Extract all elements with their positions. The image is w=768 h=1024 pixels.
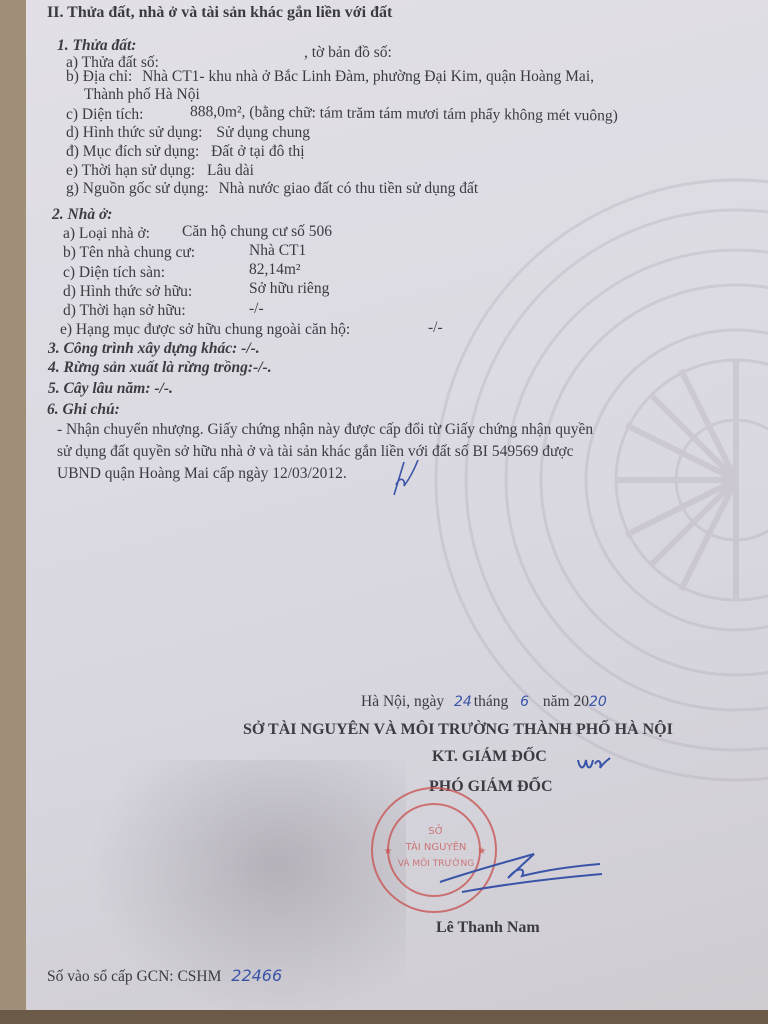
address-value-city: Thành phố Hà Nội [84,86,200,104]
plantation-forest: 4. Rừng sản xuất là rừng trồng:-/-. [48,359,272,377]
building-name-value: Nhà CT1 [249,242,306,260]
house-type-label: a) Loại nhà ở: [63,225,150,243]
stamp-line-1: SỞ [428,823,443,837]
ownership-term-label: d) Thời hạn sở hữu: [63,302,186,320]
table-surface [0,1010,768,1024]
svg-text:★: ★ [478,846,487,857]
notes-line-3: UBND quận Hoàng Mai cấp ngày 12/03/2012. [57,465,347,483]
ownership-form-value: Sở hữu riêng [249,280,329,298]
area-label: c) Diện tích: [66,106,143,124]
purpose-label: đ) Mục đích sử dụng: [66,143,199,160]
map-sheet-label: , tờ bản đồ số: [304,44,392,62]
use-form-row: d) Hình thức sử dụng: Sử dụng chung [66,124,310,142]
notes-line-1: - Nhận chuyển nhượng. Giấy chứng nhận nà… [57,421,593,439]
address-value: Nhà CT1- khu nhà ở Bắc Linh Đàm, phường … [142,68,594,85]
land-heading: 1. Thửa đất: [57,37,136,55]
building-name-label: b) Tên nhà chung cư: [63,244,195,262]
origin-value: Nhà nước giao đất có thu tiền sử dụng đấ… [219,180,479,197]
common-items-label: e) Hạng mục được sở hữu chung ngoài căn … [60,321,350,339]
term-value: Lâu dài [207,162,254,179]
place-date: Hà Nội, ngày 24tháng 6 năm 2020 [361,693,607,711]
on-behalf-of: KT. GIÁM ĐỐC [432,748,547,766]
month-label: tháng [474,693,508,710]
term-label: e) Thời hạn sử dụng: [66,162,195,179]
svg-text:★: ★ [384,846,393,857]
stamp-line-2: TÀI NGUYÊN [405,840,467,853]
stamp-line-3: VÀ MÔI TRƯỜNG [398,857,474,869]
ownership-form-label: d) Hình thức sở hữu: [63,283,192,301]
date-year-suffix: 20 [589,694,607,710]
use-form-label: d) Hình thức sử dụng: [66,124,203,141]
notes-heading: 6. Ghi chú: [47,401,120,419]
place-date-prefix: Hà Nội, ngày [361,693,444,710]
other-construction: 3. Công trình xây dựng khác: -/-. [48,340,260,358]
official-red-stamp: SỞ TÀI NGUYÊN VÀ MÔI TRƯỜNG ★ ★ [366,786,506,916]
floor-area-value: 82,14m² [249,261,301,279]
date-day: 24 [454,694,472,710]
address-row: b) Địa chỉ: Nhà CT1- khu nhà ở Bắc Linh … [66,68,594,86]
year-label: năm 20 [543,693,589,710]
section-title: II. Thửa đất, nhà ở và tài sản khác gắn … [47,4,392,22]
notes-line-2: sử dụng đất quyền sở hữu nhà ở và tài sả… [57,443,573,461]
term-row: e) Thời hạn sử dụng: Lâu dài [66,162,254,180]
floor-area-label: c) Diện tích sàn: [63,264,165,282]
origin-label: g) Nguồn gốc sử dụng: [66,180,209,197]
origin-row: g) Nguồn gốc sử dụng: Nhà nước giao đất … [66,180,478,198]
house-type-value: Căn hộ chung cư số 506 [182,223,332,241]
ownership-term-value: -/- [249,300,264,318]
registry-label: Số vào sổ cấp GCN: CSHM [47,968,221,985]
issuing-authority: SỞ TÀI NGUYÊN VÀ MÔI TRƯỜNG THÀNH PHỐ HÀ… [243,721,673,739]
registry-number: 22466 [231,966,282,985]
common-items-value: -/- [428,319,443,337]
address-label: b) Địa chỉ: [66,68,132,85]
house-heading: 2. Nhà ở: [52,206,112,224]
signer-name: Lê Thanh Nam [436,919,540,937]
registry-number-row: Số vào sổ cấp GCN: CSHM 22466 [47,967,282,986]
date-month: 6 [520,694,529,710]
purpose-row: đ) Mục đích sử dụng: Đất ở tại đô thị [66,143,305,161]
perennial-trees: 5. Cây lâu năm: -/-. [48,380,173,398]
use-form-value: Sử dụng chung [216,124,310,141]
purpose-value: Đất ở tại đô thị [211,143,304,160]
